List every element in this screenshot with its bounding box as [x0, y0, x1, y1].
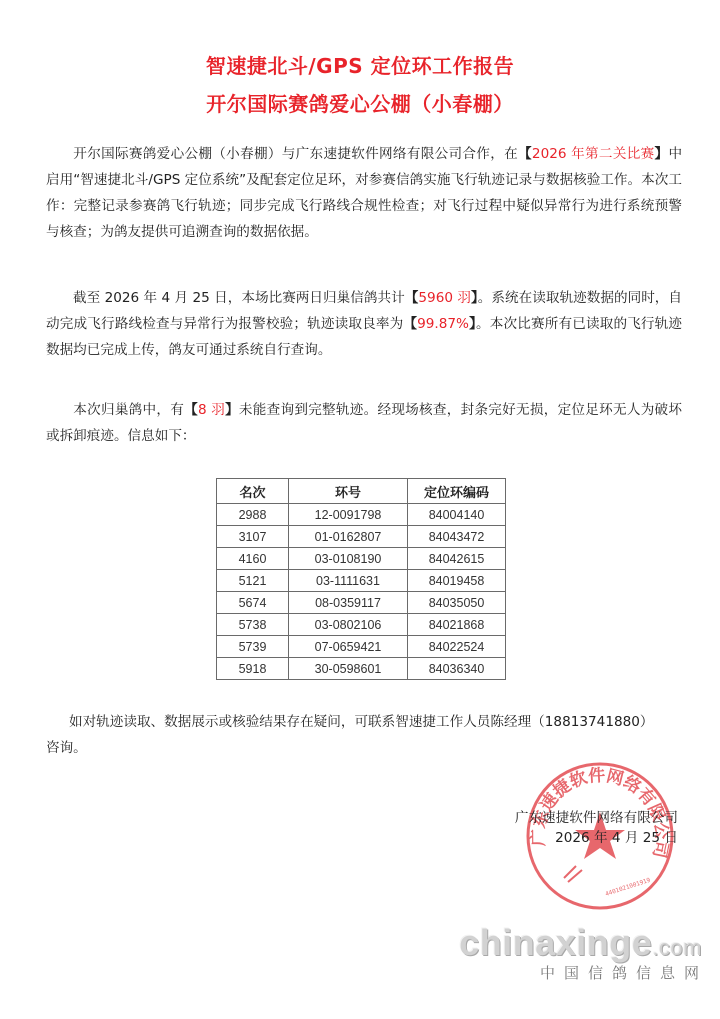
race-name-highlight: 2026 年第二关比赛 [532, 146, 655, 162]
cell-gps-ring-code: 84036340 [408, 658, 506, 680]
table-row: 3107 01-0162807 84043472 [217, 526, 506, 548]
cell-gps-ring-code: 84022524 [408, 636, 506, 658]
bracket-close: 】 [655, 146, 669, 162]
header-rank: 名次 [217, 479, 289, 504]
watermark-suffix: .com [652, 935, 702, 960]
watermark-logo: chinaxinge.com [459, 922, 702, 964]
cell-ring-number: 03-1111631 [289, 570, 408, 592]
header-gps-ring-code: 定位环编码 [408, 479, 506, 504]
paragraph1-text-before: 开尔国际赛鸽爱心公棚（小春棚）与广东速捷软件网络有限公司合作，在 [73, 146, 518, 162]
bracket-open: 【 [518, 146, 532, 162]
missing-count-highlight: 8 羽 [198, 402, 225, 418]
paragraph3-text-before: 本次归巢鸽中，有 [73, 402, 184, 418]
cell-ring-number: 03-0108190 [289, 548, 408, 570]
cell-ring-number: 03-0802106 [289, 614, 408, 636]
table-header-row: 名次 环号 定位环编码 [217, 479, 506, 504]
site-watermark: chinaxinge.com 中国信鸽信息网 [459, 922, 702, 983]
cell-rank: 3107 [217, 526, 289, 548]
watermark-site-name: 中国信鸽信息网 [459, 962, 708, 983]
cell-gps-ring-code: 84035050 [408, 592, 506, 614]
table-row: 5918 30-0598601 84036340 [217, 658, 506, 680]
cell-rank: 5918 [217, 658, 289, 680]
table-row: 5674 08-0359117 84035050 [217, 592, 506, 614]
header-ring-number: 环号 [289, 479, 408, 504]
table-row: 5738 03-0802106 84021868 [217, 614, 506, 636]
bracket-open: 【 [184, 402, 198, 418]
cell-rank: 5121 [217, 570, 289, 592]
svg-text:4401021001919: 4401021001919 [604, 877, 651, 898]
cell-gps-ring-code: 84021868 [408, 614, 506, 636]
report-title-line1: 智速捷北斗/GPS 定位环工作报告 [0, 50, 720, 79]
bracket-close: 】 [471, 290, 478, 306]
watermark-domain: chinaxinge [459, 922, 652, 963]
table-row: 2988 12-0091798 84004140 [217, 504, 506, 526]
bracket-close: 】 [469, 316, 476, 332]
paragraph-cooperation: 开尔国际赛鸽爱心公棚（小春棚）与广东速捷软件网络有限公司合作，在【2026 年第… [46, 141, 682, 245]
cell-rank: 5739 [217, 636, 289, 658]
returned-count-highlight: 5960 羽 [418, 290, 471, 306]
paragraph-contact: 如对轨迹读取、数据展示或核验结果存在疑问，可联系智速捷工作人员陈经理（18813… [69, 709, 699, 735]
signature-company: 广东速捷软件网络有限公司 [515, 806, 678, 826]
table-row: 5739 07-0659421 84022524 [217, 636, 506, 658]
report-title-line2: 开尔国际赛鸽爱心公棚（小春棚） [0, 88, 720, 117]
paragraph-statistics: 截至 2026 年 4 月 25 日，本场比赛两日归巢信鸽共计【5960 羽】。… [46, 285, 682, 363]
paragraph2-text-before: 截至 2026 年 4 月 25 日，本场比赛两日归巢信鸽共计 [73, 290, 405, 306]
read-rate-highlight: 99.87% [417, 316, 469, 332]
cell-ring-number: 12-0091798 [289, 504, 408, 526]
cell-rank: 4160 [217, 548, 289, 570]
cell-rank: 2988 [217, 504, 289, 526]
bracket-close: 】 [225, 402, 239, 418]
signature-date: 2026 年 4 月 25 日 [555, 826, 678, 846]
cell-rank: 5674 [217, 592, 289, 614]
cell-rank: 5738 [217, 614, 289, 636]
paragraph-missing-tracks: 本次归巢鸽中，有【8 羽】未能查询到完整轨迹。经现场核查，封条完好无损，定位足环… [46, 397, 682, 449]
cell-ring-number: 08-0359117 [289, 592, 408, 614]
cell-ring-number: 01-0162807 [289, 526, 408, 548]
cell-gps-ring-code: 84042615 [408, 548, 506, 570]
bracket-open: 【 [405, 290, 419, 306]
missing-track-table: 名次 环号 定位环编码 2988 12-0091798 84004140 310… [216, 478, 506, 680]
cell-gps-ring-code: 84019458 [408, 570, 506, 592]
table-row: 5121 03-1111631 84019458 [217, 570, 506, 592]
cell-ring-number: 30-0598601 [289, 658, 408, 680]
cell-ring-number: 07-0659421 [289, 636, 408, 658]
paragraph-contact-end: 咨询。 [46, 735, 682, 761]
cell-gps-ring-code: 84043472 [408, 526, 506, 548]
bracket-open: 【 [403, 316, 417, 332]
cell-gps-ring-code: 84004140 [408, 504, 506, 526]
table-row: 4160 03-0108190 84042615 [217, 548, 506, 570]
